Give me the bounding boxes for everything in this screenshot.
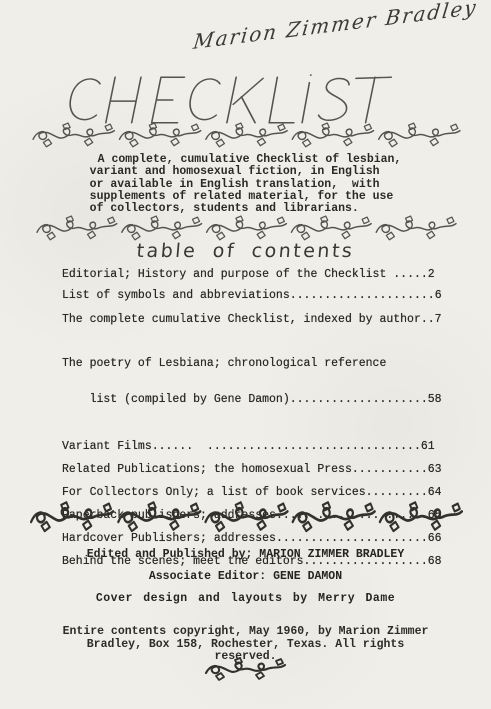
toc-page-number: 63 [428,463,442,476]
intro-paragraph: A complete, cumulative Checklist of lesb… [90,154,402,215]
toc-leader-dots: .................... [290,393,428,406]
author-signature: Marion Zimmer Bradley [192,0,479,54]
toc-item-text: Related Publications; the homosexual Pre… [62,463,352,476]
toc-page-number: 64 [428,486,442,499]
toc-item-text: For Collectors Only; a list of book serv… [62,486,366,499]
toc-page-number: 2 [428,268,435,281]
toc-item-text: List of symbols and abbreviations [62,289,290,302]
toc-page-number: 58 [428,393,442,406]
copyright-line: Entire contents copyright, May 1960, by … [0,626,491,639]
toc-row: The poetry of Lesbiana; chronological re… [62,334,454,430]
cover-design-line: Cover design and layouts by Merry Dame [0,593,491,605]
vine-ornament-row-middle [34,215,458,243]
intro-line: variant and homosexual fiction, in Engli… [90,166,402,178]
toc-row: Variant Films...... ....................… [62,441,454,453]
toc-item-text: The complete cumulative Checklist, index… [62,313,421,326]
intro-line: of collectors, students and librarians. [90,203,402,215]
toc-page-number: 7 [435,313,442,326]
edited-published-line: Edited and Published by; MARION ZIMMER B… [0,549,491,561]
toc-page-number: 61 [421,440,435,453]
toc-row: List of symbols and abbreviations.......… [62,290,454,302]
toc-row: Related Publications; the homosexual Pre… [62,464,454,476]
toc-row: The complete cumulative Checklist, index… [62,314,454,326]
toc-page-number: 6 [435,289,442,302]
toc-heading: table of contents [0,240,491,262]
toc-leader-dots: ...... ............................... [152,440,421,453]
toc-leader-dots: ......... [366,486,428,499]
toc-item-text: Editorial; History and purpose of the Ch… [62,268,393,281]
toc-row: For Collectors Only; a list of book serv… [62,487,454,499]
toc-row: Editorial; History and purpose of the Ch… [62,269,454,281]
vine-ornament-row-bottom [28,501,464,535]
checklist-title-lettering [58,74,393,126]
toc-item-text-line2: list (compiled by Gene Damon) [62,393,290,406]
toc-leader-dots: ..................... [290,289,435,302]
vine-ornament-row-top [30,122,462,150]
toc-leader-dots: ........... [352,463,428,476]
associate-editor-line: Associate Editor: GENE DAMON [0,571,491,583]
document-page: Marion Zimmer Bradley A complete, cumula… [0,0,491,709]
vine-ornament-single [202,657,288,683]
toc-leader-dots: .. [421,313,435,326]
credits-block: Edited and Published by; MARION ZIMMER B… [0,549,491,615]
toc-leader-dots: ..... [393,268,428,281]
toc-item-text-line1: The poetry of Lesbiana; chronological re… [62,358,454,370]
toc-item-text: Variant Films [62,440,152,453]
